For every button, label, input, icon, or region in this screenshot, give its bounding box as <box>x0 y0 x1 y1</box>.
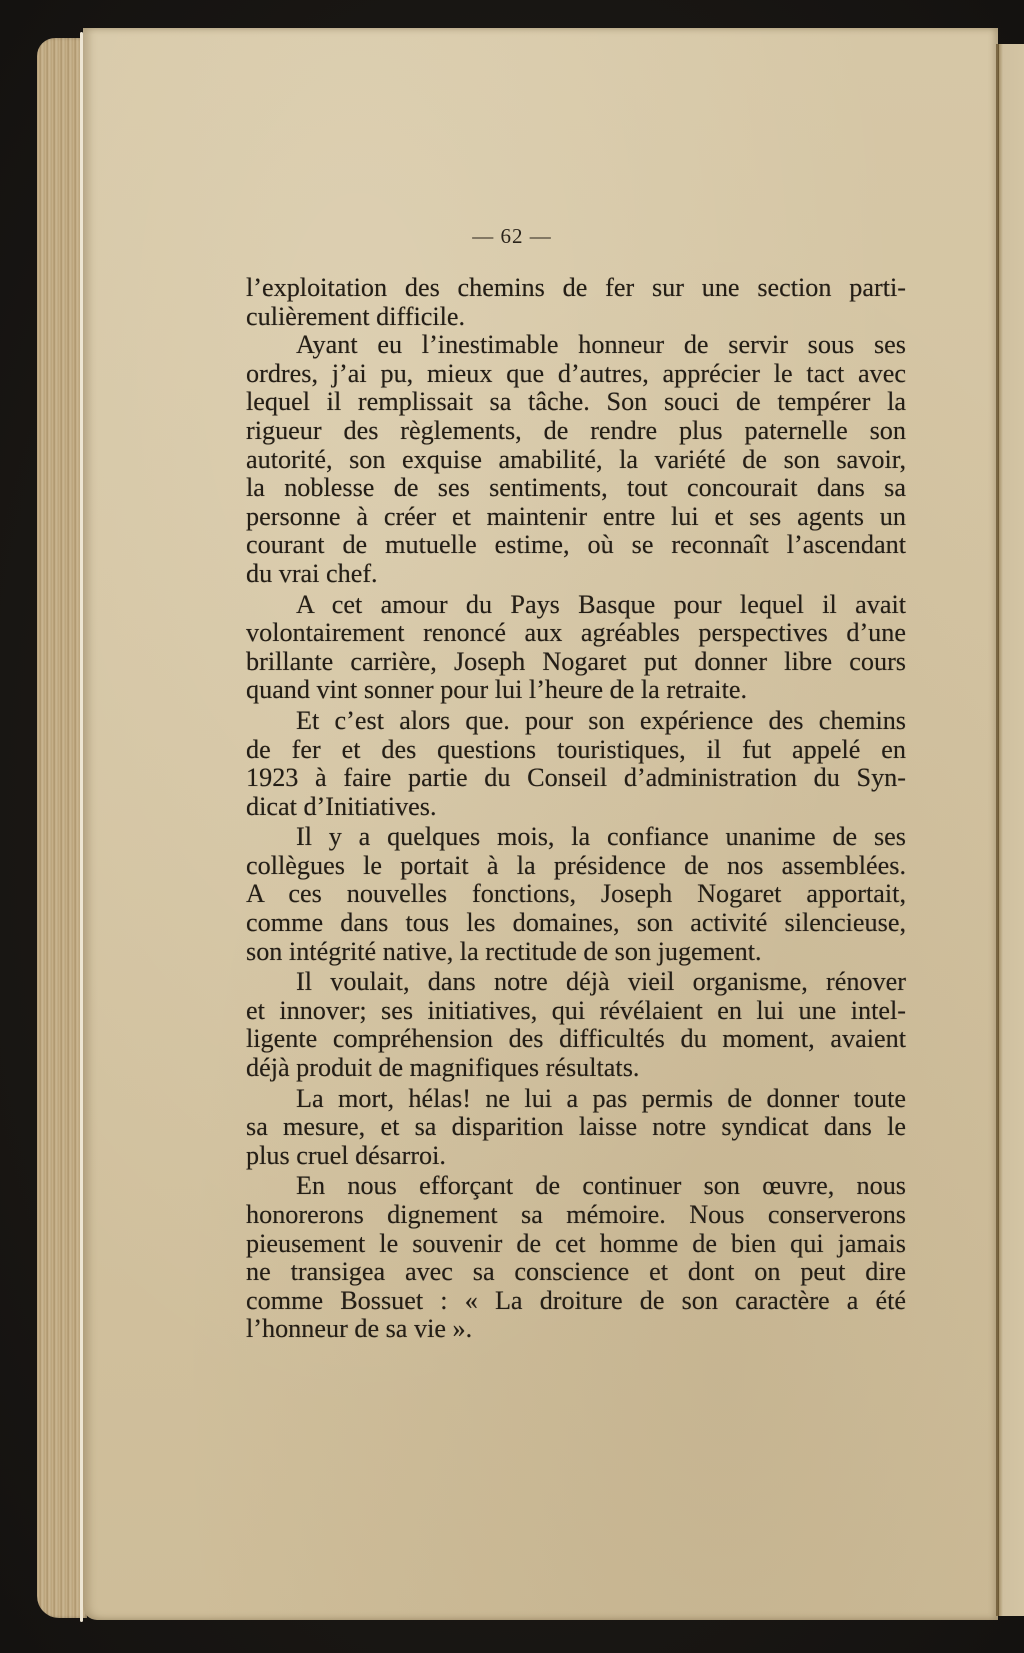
text-line: l’exploitation des chemins de fer sur un… <box>246 274 906 303</box>
paragraph: l’exploitation des chemins de fer sur un… <box>246 274 906 331</box>
text-line: l’honneur de sa vie ». <box>246 1315 906 1344</box>
text-line: ordres, j’ai pu, mieux que d’autres, app… <box>246 360 906 389</box>
paragraph: Ayant eu l’inestimable honneur de servir… <box>246 331 906 588</box>
text-line: volontairement renoncé aux agréables per… <box>246 619 906 648</box>
text-line: En nous efforçant de continuer son œuvre… <box>246 1172 906 1201</box>
text-line: son intégrité native, la rectitude de so… <box>246 938 906 967</box>
scanned-book-spread: — 62 — l’exploitation des chemins de fer… <box>0 0 1024 1653</box>
text-line: A cet amour du Pays Basque pour lequel i… <box>246 591 906 620</box>
text-line: Il y a quelques mois, la confiance unani… <box>246 823 906 852</box>
text-line: culièrement difficile. <box>246 303 906 332</box>
text-line: quand vint sonner pour lui l’heure de la… <box>246 676 906 705</box>
paragraph: Il y a quelques mois, la confiance unani… <box>246 823 906 966</box>
paragraph: Et c’est alors que. pour son expérience … <box>246 707 906 821</box>
text-line: comme Bossuet : « La droiture de son car… <box>246 1287 906 1316</box>
text-line: 1923 à faire partie du Conseil d’adminis… <box>246 764 906 793</box>
paragraph: Il voulait, dans notre déjà vieil organi… <box>246 968 906 1082</box>
text-line: ne transigea avec sa conscience et dont … <box>246 1258 906 1287</box>
text-line: rigueur des règlements, de rendre plus p… <box>246 417 906 446</box>
text-line: brillante carrière, Joseph Nogaret put d… <box>246 648 906 677</box>
text-line: Il voulait, dans notre déjà vieil organi… <box>246 968 906 997</box>
text-line: déjà produit de magnifiques résultats. <box>246 1054 906 1083</box>
text-line: honorerons dignement sa mémoire. Nous co… <box>246 1201 906 1230</box>
text-line: de fer et des questions touristiques, il… <box>246 736 906 765</box>
text-line: plus cruel désarroi. <box>246 1142 906 1171</box>
text-line: la noblesse de ses sentiments, tout conc… <box>246 474 906 503</box>
paragraph: A cet amour du Pays Basque pour lequel i… <box>246 591 906 705</box>
text-line: collègues le portait à la présidence de … <box>246 852 906 881</box>
paragraph: En nous efforçant de continuer son œuvre… <box>246 1172 906 1344</box>
body-text: l’exploitation des chemins de fer sur un… <box>246 274 906 1344</box>
text-line: dicat d’Initiatives. <box>246 793 906 822</box>
text-line: La mort, hélas! ne lui a pas permis de d… <box>246 1085 906 1114</box>
text-line: courant de mutuelle estime, où se reconn… <box>246 531 906 560</box>
text-line: pieusement le souvenir de cet homme de b… <box>246 1230 906 1259</box>
text-line: comme dans tous les domaines, son activi… <box>246 909 906 938</box>
facing-page-edge <box>998 44 1024 1616</box>
text-line: Et c’est alors que. pour son expérience … <box>246 707 906 736</box>
text-line: ligente compréhension des difficultés du… <box>246 1025 906 1054</box>
text-line: et innover; ses initiatives, qui révélai… <box>246 997 906 1026</box>
text-line: A ces nouvelles fonctions, Joseph Nogare… <box>246 880 906 909</box>
text-line: personne à créer et maintenir entre lui … <box>246 503 906 532</box>
text-line: lequel il remplissait sa tâche. Son souc… <box>246 388 906 417</box>
text-line: autorité, son exquise amabilité, la vari… <box>246 446 906 475</box>
text-line: sa mesure, et sa disparition laisse notr… <box>246 1113 906 1142</box>
paragraph: La mort, hélas! ne lui a pas permis de d… <box>246 1085 906 1171</box>
text-line: Ayant eu l’inestimable honneur de servir… <box>246 331 906 360</box>
text-line: du vrai chef. <box>246 560 906 589</box>
page-number: — 62 — <box>0 224 1024 249</box>
